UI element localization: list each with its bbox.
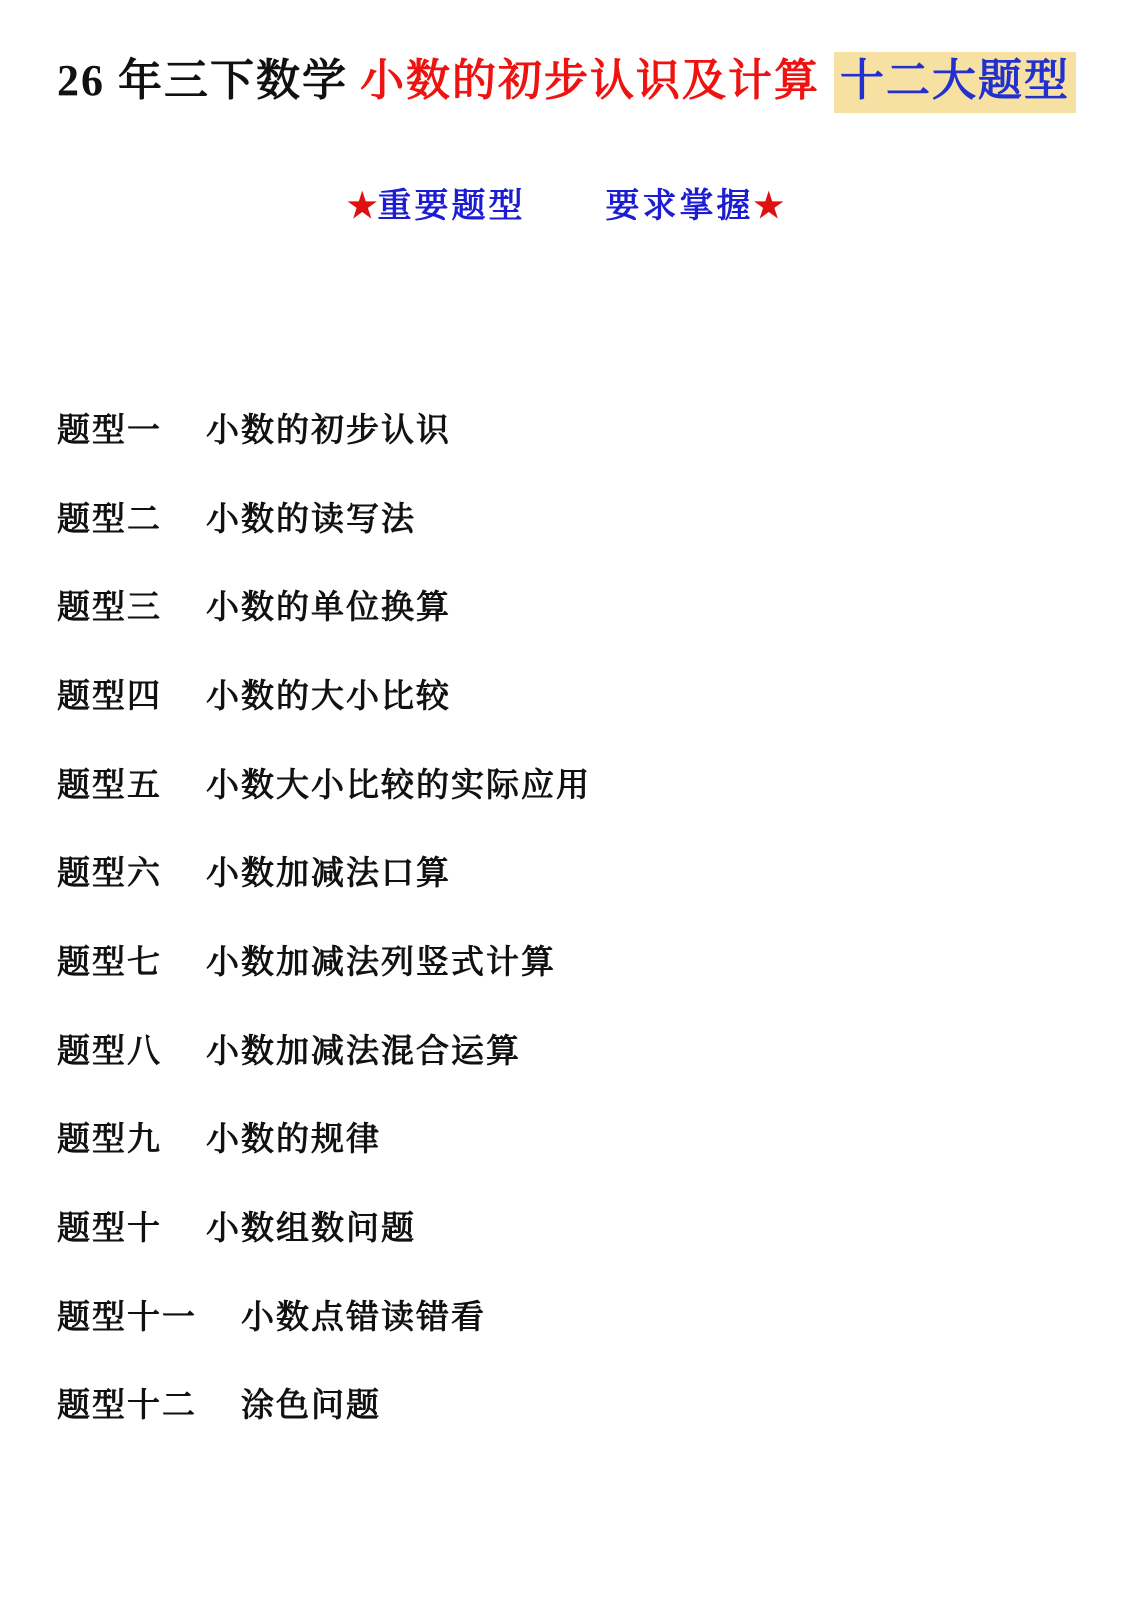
list-item: 题型三 小数的单位换算 xyxy=(57,560,1077,649)
list-item: 题型十二 涂色问题 xyxy=(57,1359,1077,1448)
star-icon: ★ xyxy=(754,188,784,225)
item-label: 题型七 xyxy=(57,936,162,983)
item-title: 小数的初步认识 xyxy=(206,404,451,451)
item-label: 题型三 xyxy=(57,581,162,628)
title-badge-highlight: 十二大题型 xyxy=(834,52,1076,113)
title-topic-text: 小数的初步认识及计算 xyxy=(360,56,820,105)
list-item: 题型一 小数的初步认识 xyxy=(57,383,1077,472)
item-title: 小数的大小比较 xyxy=(206,670,451,717)
title-course-text: 26 年三下数学 xyxy=(57,56,348,105)
list-item: 题型十一 小数点错读错看 xyxy=(57,1270,1077,1359)
item-title: 小数的规律 xyxy=(206,1113,381,1160)
page-title: 26 年三下数学小数的初步认识及计算十二大题型 xyxy=(57,50,1097,112)
item-label: 题型五 xyxy=(57,759,162,806)
list-item: 题型六 小数加减法口算 xyxy=(57,826,1077,915)
list-item: 题型十 小数组数问题 xyxy=(57,1181,1077,1270)
document-page: 26 年三下数学小数的初步认识及计算十二大题型 ★重要题型要求掌握★ 题型一 小… xyxy=(0,0,1131,1600)
subtitle-left-text: 重要题型 xyxy=(378,188,526,225)
list-item: 题型四 小数的大小比较 xyxy=(57,649,1077,738)
list-item: 题型七 小数加减法列竖式计算 xyxy=(57,915,1077,1004)
item-title: 小数的读写法 xyxy=(206,493,416,540)
item-title: 小数加减法口算 xyxy=(206,847,451,894)
item-label: 题型九 xyxy=(57,1113,162,1160)
item-title: 小数加减法列竖式计算 xyxy=(206,936,556,983)
item-label: 题型六 xyxy=(57,847,162,894)
item-title: 小数大小比较的实际应用 xyxy=(206,759,591,806)
question-type-list: 题型一 小数的初步认识 题型二 小数的读写法 题型三 小数的单位换算 题型四 小… xyxy=(57,383,1077,1447)
item-title: 涂色问题 xyxy=(241,1379,381,1426)
item-title: 小数加减法混合运算 xyxy=(206,1025,521,1072)
item-label: 题型四 xyxy=(57,670,162,717)
list-item: 题型五 小数大小比较的实际应用 xyxy=(57,738,1077,827)
item-label: 题型二 xyxy=(57,493,162,540)
star-icon: ★ xyxy=(347,188,377,225)
item-label: 题型一 xyxy=(57,404,162,451)
item-label: 题型八 xyxy=(57,1025,162,1072)
list-item: 题型二 小数的读写法 xyxy=(57,472,1077,561)
item-label: 题型十二 xyxy=(57,1379,197,1426)
item-title: 小数的单位换算 xyxy=(206,581,451,628)
subtitle-right-text: 要求掌握 xyxy=(606,188,754,225)
subtitle: ★重要题型要求掌握★ xyxy=(0,178,1131,227)
item-title: 小数点错读错看 xyxy=(241,1291,486,1338)
item-title: 小数组数问题 xyxy=(206,1202,416,1249)
list-item: 题型八 小数加减法混合运算 xyxy=(57,1004,1077,1093)
item-label: 题型十 xyxy=(57,1202,162,1249)
list-item: 题型九 小数的规律 xyxy=(57,1093,1077,1182)
item-label: 题型十一 xyxy=(57,1291,197,1338)
